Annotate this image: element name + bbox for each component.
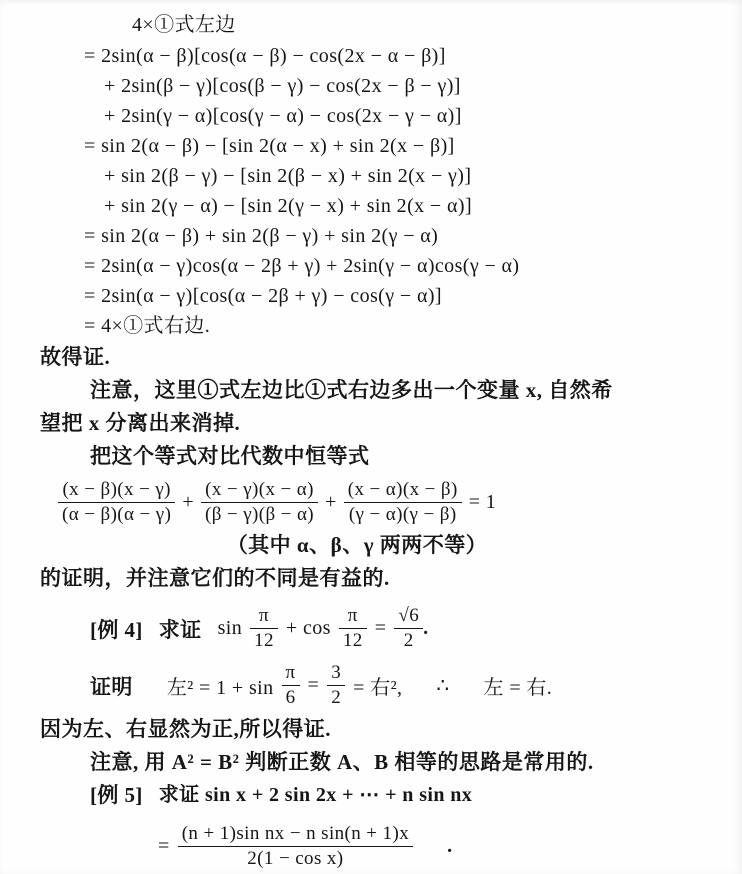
example4-label: [例 4] <box>90 614 143 644</box>
example5-head-text: 求证 sin x + 2 sin 2x + ⋯ + n sin nx <box>159 779 472 812</box>
example4-task: 求证 <box>159 614 202 644</box>
positivity-remark: 因为左、右显然为正,所以得证. <box>40 713 714 746</box>
fraction-numerator: π <box>282 663 300 686</box>
fraction-denominator: (γ − α)(γ − β) <box>344 503 462 525</box>
equals-token: = <box>158 835 170 858</box>
fraction-3-over-2: 3 2 <box>327 663 345 708</box>
fraction-numerator: (n + 1)sin nx − n sin(n + 1)x <box>178 824 413 847</box>
fraction-numerator: (x − α)(x − β) <box>344 480 462 503</box>
derivation-line-8: = 2sin(α − γ)cos(α − 2β + γ) + 2sin(γ − … <box>84 251 714 281</box>
example5-label: [例 5] <box>90 779 143 812</box>
example5-fraction: (n + 1)sin nx − n sin(n + 1)x 2(1 − cos … <box>178 824 413 869</box>
identity-condition: （其中 α、β、γ 两两不等） <box>40 529 674 562</box>
identity-fraction-1: (x − β)(x − γ) (α − β)(α − γ) <box>58 480 175 525</box>
plus-operator: + <box>325 491 337 514</box>
fraction-denominator: 2 <box>394 629 423 651</box>
identity-fraction-2: (x − γ)(x − α) (β − γ)(β − α) <box>201 480 318 525</box>
derivation-line-4: = sin 2(α − β) − [sin 2(α − x) + sin 2(x… <box>84 131 714 161</box>
proof-conclusion-token: 左 = 右. <box>484 671 553 700</box>
fraction-denominator: 2 <box>327 686 345 708</box>
fraction-denominator: (α − β)(α − γ) <box>58 503 175 525</box>
fraction-denominator: 12 <box>250 629 278 651</box>
derivation-line-7: = sin 2(α − β) + sin 2(β − γ) + sin 2(γ … <box>84 221 714 251</box>
equals-one: = 1 <box>469 491 496 514</box>
fraction-numerator: π <box>250 606 278 629</box>
compare-intro-text: 把这个等式对比代数中恒等式 <box>90 440 714 473</box>
after-identity-text: 的证明，并注意它们的不同是有益的. <box>40 562 714 595</box>
fraction-numerator: (x − β)(x − γ) <box>58 480 175 503</box>
conclusion-text: 故得证. <box>40 341 714 374</box>
equals-token: = <box>375 617 387 640</box>
example4-statement: [例 4] 求证 sin π 12 + cos π 12 = √6 2 . <box>90 601 714 657</box>
proof-label: 证明 <box>90 671 133 701</box>
fraction-numerator: π <box>339 606 367 629</box>
fraction-denominator: 2(1 − cos x) <box>178 847 413 869</box>
proof-equals-right-squared: = 右², <box>353 671 402 700</box>
derivation-line-5: + sin 2(β − γ) − [sin 2(β − x) + sin 2(x… <box>104 161 714 191</box>
equals-token: = <box>308 674 320 697</box>
derivation-line-10: = 4×①式右边. <box>84 311 714 341</box>
example5-equation: = (n + 1)sin nx − n sin(n + 1)x 2(1 − co… <box>158 816 714 874</box>
algebraic-identity-equation: (x − β)(x − γ) (α − β)(α − γ) + (x − γ)(… <box>58 480 714 525</box>
plus-cos-token: + cos <box>286 617 331 640</box>
fraction-pi-over-12: π 12 <box>250 606 278 651</box>
therefore-symbol: ∴ <box>436 673 449 698</box>
period-token: . <box>447 835 452 858</box>
derivation-line-2: + 2sin(β − γ)[cos(β − γ) − cos(2x − β − … <box>104 71 714 101</box>
fraction-numerator: √6 <box>394 606 423 629</box>
plus-operator: + <box>182 491 194 514</box>
sin-token: sin <box>218 617 243 640</box>
fraction-pi-over-12: π 12 <box>339 606 367 651</box>
derivation-line-1: = 2sin(α − β)[cos(α − β) − cos(2x − α − … <box>84 41 714 71</box>
example5-statement: [例 5] 求证 sin x + 2 sin 2x + ⋯ + n sin nx <box>90 779 714 812</box>
fraction-numerator: 3 <box>327 663 345 686</box>
fraction-denominator: 6 <box>282 686 300 708</box>
proof-expression-left: 左² = 1 + sin <box>167 671 274 700</box>
fraction-sqrt6-over-2: √6 2 <box>394 606 423 651</box>
fraction-numerator: (x − γ)(x − α) <box>201 480 318 503</box>
scanned-textbook-page: 4×①式左边 = 2sin(α − β)[cos(α − β) − cos(2x… <box>0 0 742 874</box>
derivation-intro: 4×①式左边 <box>132 10 714 41</box>
fraction-pi-over-6: π 6 <box>282 663 300 708</box>
identity-fraction-3: (x − α)(x − β) (γ − α)(γ − β) <box>344 480 462 525</box>
fraction-denominator: 12 <box>339 629 367 651</box>
derivation-line-9: = 2sin(α − γ)[cos(α − 2β + γ) − cos(γ − … <box>84 281 714 311</box>
derivation-line-6: + sin 2(γ − α) − [sin 2(γ − x) + sin 2(x… <box>104 191 714 221</box>
squares-method-remark: 注意, 用 A² = B² 判断正数 A、B 相等的思路是常用的. <box>90 746 714 779</box>
note-paragraph-line-2: 望把 x 分离出来消掉. <box>40 407 714 440</box>
derivation-line-3: + 2sin(γ − α)[cos(γ − α) − cos(2x − γ − … <box>104 101 714 131</box>
period-token: . <box>423 617 428 640</box>
note-paragraph-line-1: 注意，这里①式左边比①式右边多出一个变量 x, 自然希 <box>90 374 714 407</box>
example4-proof: 证明 左² = 1 + sin π 6 = 3 2 = 右², ∴ 左 = 右. <box>90 659 714 713</box>
fraction-denominator: (β − γ)(β − α) <box>201 503 318 525</box>
